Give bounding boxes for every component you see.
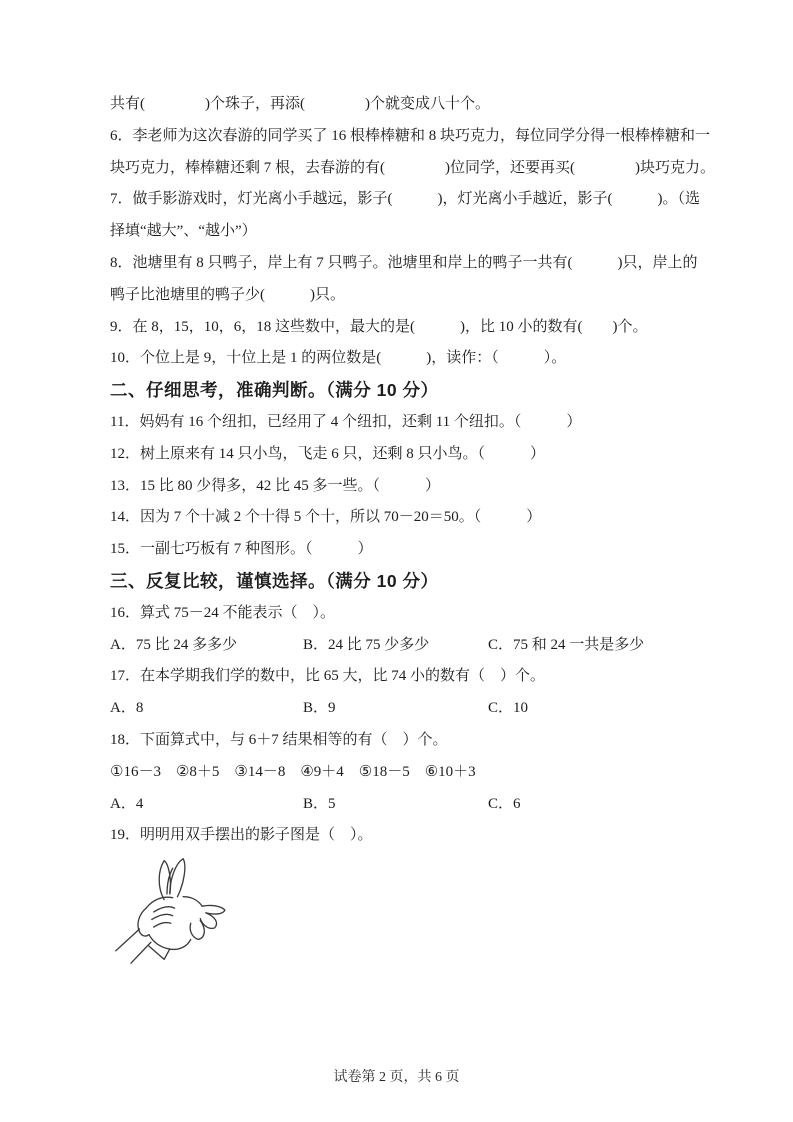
q18-options-row: A．4 B．5 C．6 (110, 789, 688, 821)
q18-option-c: C．6 (488, 789, 688, 821)
q7-line-2: 择填“越大”、“越小”） (110, 216, 688, 248)
q8-line-1: 8．池塘里有 8 只鸭子，岸上有 7 只鸭子。池塘里和岸上的鸭子一共有( )只，… (110, 248, 688, 280)
q16-stem: 16．算式 75－24 不能表示（ ）。 (110, 598, 688, 630)
q6-line-2: 块巧克力，棒棒糖还剩 7 根，去春游的有( )位同学，还要再买( )块巧克力。 (110, 153, 688, 185)
q18-stem: 18．下面算式中，与 6＋7 结果相等的有（ ）个。 (110, 725, 688, 757)
q5-continuation-line: 共有( )个珠子，再添( )个就变成八十个。 (110, 89, 688, 121)
q11-line: 11．妈妈有 16 个纽扣，已经用了 4 个纽扣，还剩 11 个纽扣。（ ） (110, 407, 688, 439)
hand-shadow-rabbit-icon (110, 854, 262, 966)
q15-line: 15．一副七巧板有 7 种图形。（ ） (110, 534, 688, 566)
q16-option-b: B．24 比 75 少多少 (303, 630, 488, 662)
page-footer: 试卷第 2 页，共 6 页 (0, 1066, 793, 1086)
q17-option-c: C．10 (488, 693, 688, 725)
q17-stem: 17．在本学期我们学的数中，比 65 大，比 74 小的数有（ ）个。 (110, 661, 688, 693)
q12-line: 12．树上原来有 14 只小鸟，飞走 6 只，还剩 8 只小鸟。（ ） (110, 439, 688, 471)
q16-option-c: C．75 和 24 一共是多少 (488, 630, 688, 662)
q18-option-a: A．4 (110, 789, 303, 821)
q17-option-a: A．8 (110, 693, 303, 725)
q14-line: 14．因为 7 个十减 2 个十得 5 个十，所以 70－20＝50。（ ） (110, 502, 688, 534)
q18-option-b: B．5 (303, 789, 488, 821)
q16-options-row: A．75 比 24 多多少 B．24 比 75 少多少 C．75 和 24 一共… (110, 630, 688, 662)
q18-expression-list: ①16－3 ②8＋5 ③14－8 ④9＋4 ⑤18－5 ⑥10＋3 (110, 757, 688, 789)
q16-option-a: A．75 比 24 多多少 (110, 630, 303, 662)
section-3-heading: 三、反复比较，谨慎选择。（满分 10 分） (110, 566, 688, 598)
q19-stem: 19．明明用双手摆出的影子图是（ ）。 (110, 820, 688, 852)
q13-line: 13．15 比 80 少得多，42 比 45 多一些。（ ） (110, 471, 688, 503)
q6-line-1: 6．李老师为这次春游的同学买了 16 根棒棒糖和 8 块巧克力，每位同学分得一根… (110, 121, 688, 153)
q9-line: 9．在 8，15，10，6，18 这些数中，最大的是( )，比 10 小的数有(… (110, 312, 688, 344)
section-2-heading: 二、仔细思考，准确判断。（满分 10 分） (110, 375, 688, 407)
q7-line-1: 7．做手影游戏时，灯光离小手越远，影子( )，灯光离小手越近，影子( )。（选 (110, 184, 688, 216)
exam-page-content: 共有( )个珠子，再添( )个就变成八十个。 6．李老师为这次春游的同学买了 1… (110, 89, 688, 966)
q17-options-row: A．8 B．9 C．10 (110, 693, 688, 725)
hand-shadow-rabbit-illustration (110, 854, 262, 966)
q10-line: 10．个位上是 9，十位上是 1 的两位数是( )，读作：（ ）。 (110, 343, 688, 375)
q8-line-2: 鸭子比池塘里的鸭子少( )只。 (110, 280, 688, 312)
q17-option-b: B．9 (303, 693, 488, 725)
